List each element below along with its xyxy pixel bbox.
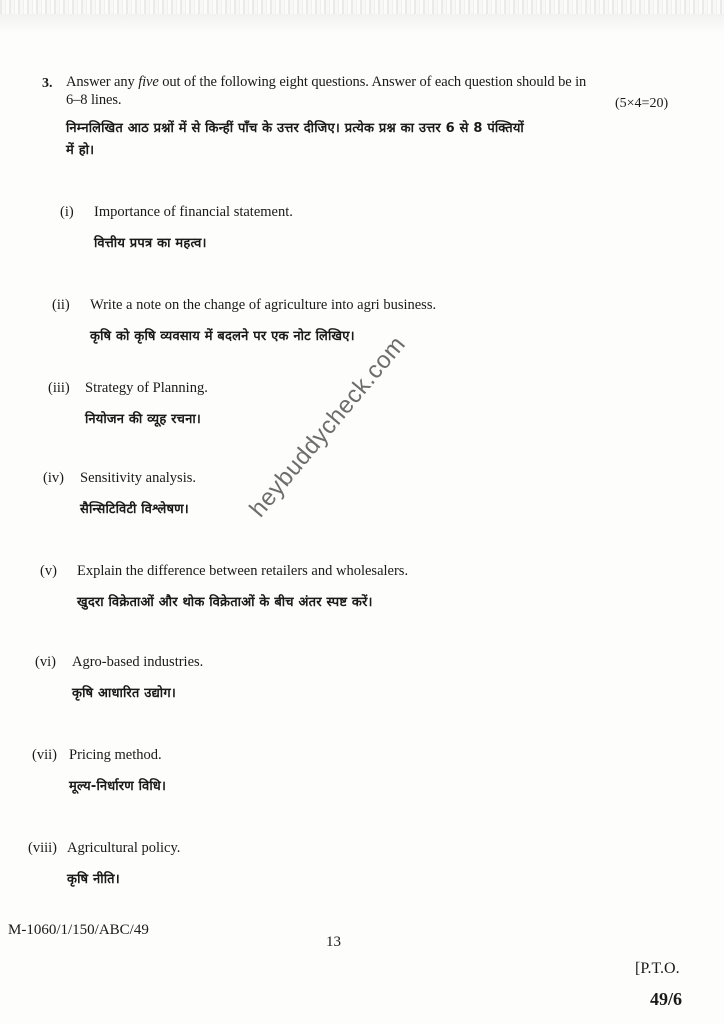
- sub-question-text-hi: खुदरा विक्रेताओं और थोक विक्रेताओं के बी…: [77, 592, 373, 610]
- sub-question-text-en: Pricing method.: [69, 747, 162, 764]
- question-instructions-hi-line2: में हो।: [66, 140, 94, 158]
- intro-emphasis: five: [138, 74, 159, 90]
- sub-question-label: (iv): [43, 470, 64, 487]
- question-instructions-en-line2: 6–8 lines.: [66, 92, 121, 109]
- sub-question-text-en: Write a note on the change of agricultur…: [90, 297, 436, 314]
- sub-question-label: (v): [40, 563, 57, 580]
- sub-question-text-hi: कृषि आधारित उद्योग।: [72, 683, 176, 701]
- sub-question-label: (vii): [32, 747, 57, 764]
- sub-question-label: (ii): [52, 297, 70, 314]
- sub-question-label: (iii): [48, 380, 70, 397]
- sub-question-text-en: Agro-based industries.: [72, 654, 203, 671]
- sub-question-text-en: Sensitivity analysis.: [80, 470, 196, 487]
- scan-noise-fade: [0, 14, 724, 34]
- marks-allocation: (5×4=20): [615, 96, 668, 112]
- question-instructions-en: Answer any five out of the following eig…: [66, 74, 586, 91]
- set-number: 49/6: [650, 989, 682, 1010]
- paper-code: M-1060/1/150/ABC/49: [8, 922, 149, 939]
- page-number: 13: [326, 934, 341, 951]
- please-turn-over: [P.T.O.: [635, 960, 680, 978]
- question-instructions-hi: निम्नलिखित आठ प्रश्नों में से किन्हीं पा…: [66, 118, 524, 136]
- intro-post: out of the following eight questions. An…: [159, 74, 586, 90]
- sub-question-text-en: Importance of financial statement.: [94, 204, 293, 221]
- scan-noise-edge: [0, 0, 724, 14]
- sub-question-text-hi: कृषि नीति।: [67, 869, 120, 887]
- sub-question-label: (vi): [35, 654, 56, 671]
- question-number: 3.: [42, 76, 53, 92]
- sub-question-text-hi: सैन्सिटिविटी विश्लेषण।: [80, 499, 189, 517]
- sub-question-text-en: Explain the difference between retailers…: [77, 563, 408, 580]
- sub-question-label: (viii): [28, 840, 57, 857]
- intro-pre: Answer any: [66, 74, 138, 90]
- watermark: heybuddycheck.com: [244, 331, 412, 523]
- sub-question-text-hi: वित्तीय प्रपत्र का महत्व।: [94, 233, 207, 251]
- sub-question-text-hi: मूल्य-निर्धारण विधि।: [69, 776, 166, 794]
- sub-question-text-hi: नियोजन की व्यूह रचना।: [85, 409, 201, 427]
- sub-question-text-en: Agricultural policy.: [67, 840, 180, 857]
- sub-question-text-en: Strategy of Planning.: [85, 380, 208, 397]
- sub-question-label: (i): [60, 204, 74, 221]
- sub-question-text-hi: कृषि को कृषि व्यवसाय में बदलने पर एक नोट…: [90, 326, 355, 344]
